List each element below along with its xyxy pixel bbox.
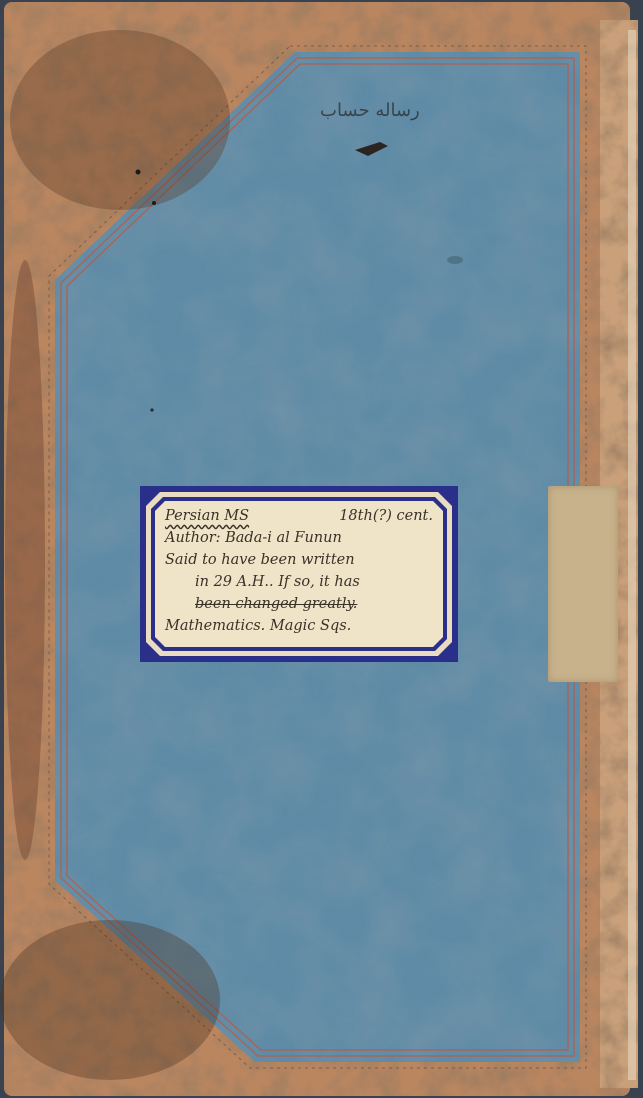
label-text-area: Persian MS 18th(?) cent. Author: Bada-i …: [155, 501, 443, 647]
label-note-3: been changed greatly.: [165, 593, 433, 615]
persian-inscription: رساله حساب: [320, 100, 420, 121]
label-century: 18th(?) cent.: [339, 505, 433, 527]
label-outer-paper: Persian MS 18th(?) cent. Author: Bada-i …: [146, 492, 452, 656]
label-title: Persian MS: [165, 505, 249, 527]
label-note-2: in 29 A.H.. If so, it has: [165, 571, 433, 593]
catalog-label: Persian MS 18th(?) cent. Author: Bada-i …: [140, 486, 458, 662]
label-note-1: Said to have been written: [165, 549, 433, 571]
label-subject: Mathematics. Magic Sqs.: [165, 615, 433, 637]
paper-tab: [548, 486, 618, 682]
label-author: Author: Bada-i al Funun: [165, 527, 433, 549]
